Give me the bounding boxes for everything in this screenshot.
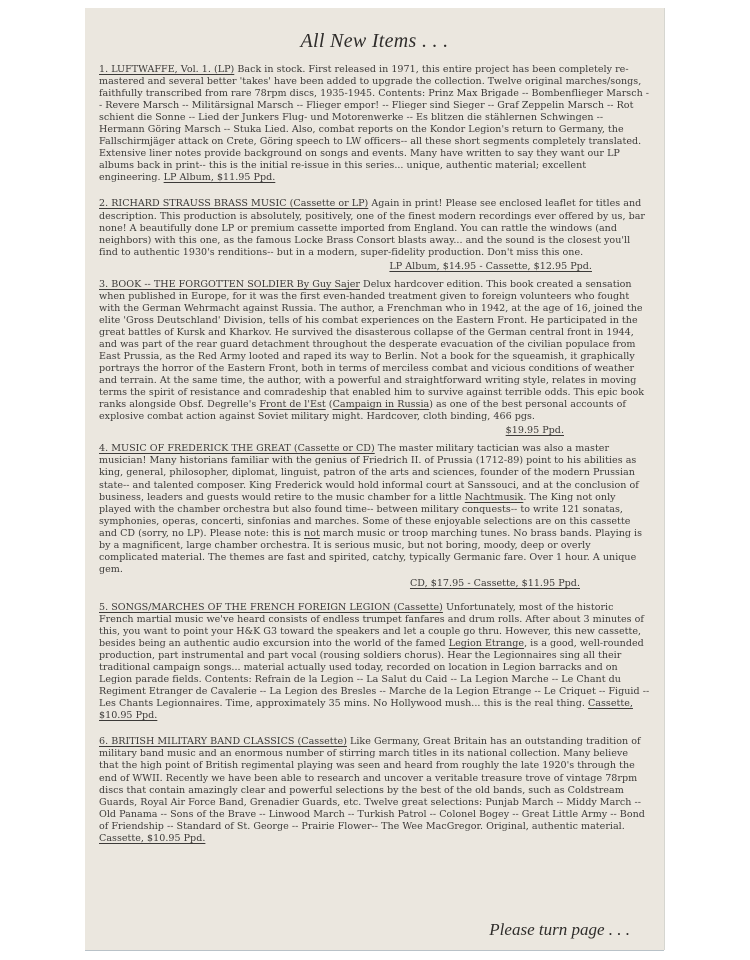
book-title-campaign-in-russia: Campaign in Russia [333, 399, 430, 410]
item-title: 2. RICHARD STRAUSS BRASS MUSIC (Cassette… [99, 198, 368, 209]
term-nachtmusik: Nachtmusik [465, 492, 524, 503]
item-description: Back in stock. First released in 1971, t… [99, 64, 649, 183]
item-title: 1. LUFTWAFFE, Vol. 1. (LP) [99, 64, 234, 75]
item-price: Cassette, $10.95 Ppd. [99, 833, 205, 844]
term-legion-etrange: Legion Etrange [449, 638, 524, 649]
item-price: $19.95 Ppd. [506, 425, 564, 436]
turn-page-note: Please turn page . . . [489, 920, 630, 940]
page-heading: All New Items . . . [99, 30, 650, 53]
catalog-item-strauss: 2. RICHARD STRAUSS BRASS MUSIC (Cassette… [99, 198, 650, 272]
catalog-item-british-band: 6. BRITISH MILITARY BAND CLASSICS (Casse… [99, 736, 650, 844]
item-text: ( [326, 399, 333, 410]
catalog-item-forgotten-soldier: 3. BOOK -- THE FORGOTTEN SOLDIER By Guy … [99, 279, 650, 438]
item-description: Like Germany, Great Britain has an outst… [99, 736, 645, 831]
item-title: 4. MUSIC OF FREDERICK THE GREAT (Cassett… [99, 443, 375, 454]
item-description: Delux hardcover edition. This book creat… [99, 279, 644, 410]
item-title: 5. SONGS/MARCHES OF THE FRENCH FOREIGN L… [99, 602, 443, 613]
catalog-item-foreign-legion: 5. SONGS/MARCHES OF THE FRENCH FOREIGN L… [99, 602, 650, 722]
item-price: LP Album, $11.95 Ppd. [164, 172, 276, 183]
catalog-page: All New Items . . . 1. LUFTWAFFE, Vol. 1… [85, 8, 664, 950]
emphasis-not: not [304, 528, 320, 539]
item-title: 6. BRITISH MILITARY BAND CLASSICS (Casse… [99, 736, 347, 747]
item-price: CD, $17.95 - Cassette, $11.95 Ppd. [410, 578, 580, 589]
item-price: LP Album, $14.95 - Cassette, $12.95 Ppd. [389, 261, 592, 272]
catalog-item-luftwaffe: 1. LUFTWAFFE, Vol. 1. (LP) Back in stock… [99, 64, 650, 184]
book-title-front-de-lest: Front de l'Est [259, 399, 325, 410]
item-title: 3. BOOK -- THE FORGOTTEN SOLDIER By Guy … [99, 279, 360, 290]
catalog-item-frederick: 4. MUSIC OF FREDERICK THE GREAT (Cassett… [99, 443, 650, 590]
